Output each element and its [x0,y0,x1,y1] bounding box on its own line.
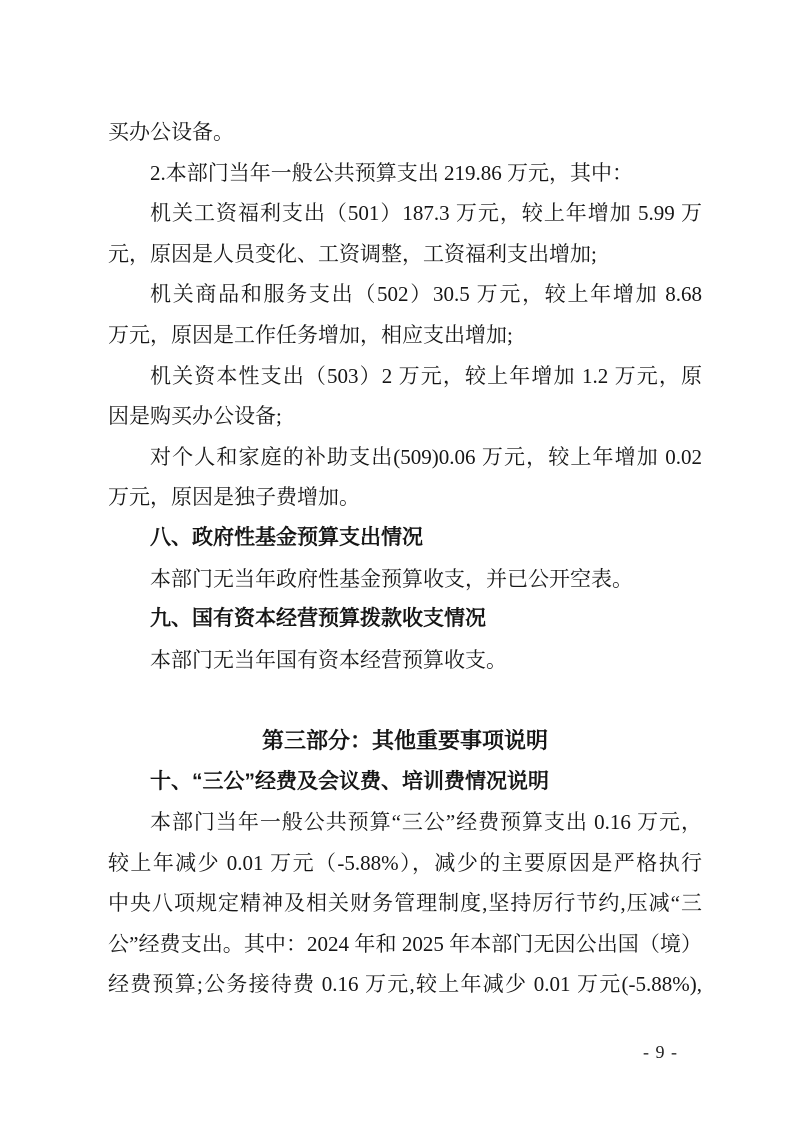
body-text-line: 机关商品和服务支出（502）30.5 万元，较上年增加 8.68 [108,274,702,315]
document-page: 买办公设备。2.本部门当年一般公共预算支出 219.86 万元，其中：机关工资福… [0,0,793,1122]
body-text-line: 机关资本性支出（503）2 万元，较上年增加 1.2 万元，原 [108,356,702,397]
blank-line [108,680,702,721]
body-text-line: 经费预算;公务接待费 0.16 万元,较上年减少 0.01 万元(-5.88%)… [108,964,702,1005]
body-text-line: 较上年减少 0.01 万元（-5.88%），减少的主要原因是严格执行 [108,843,702,884]
body-text-line: 2.本部门当年一般公共预算支出 219.86 万元，其中： [108,153,702,194]
footer-page-number: - 9 - [643,1040,678,1064]
body-text-line: 本部门无当年政府性基金预算收支，并已公开空表。 [108,559,702,600]
body-text-line: 万元，原因是独子费增加。 [108,477,702,518]
section-heading: 八、政府性基金预算支出情况 [108,518,702,559]
body-text-line: 元，原因是人员变化、工资调整，工资福利支出增加; [108,234,702,275]
body-text-line: 万元，原因是工作任务增加，相应支出增加; [108,315,702,356]
body-text-line: 本部门当年一般公共预算“三公”经费预算支出 0.16 万元， [108,802,702,843]
body-text-line: 对个人和家庭的补助支出(509)0.06 万元，较上年增加 0.02 [108,437,702,478]
body-text-line: 公”经费支出。其中：2024 年和 2025 年本部门无因公出国（境） [108,924,702,965]
section-heading: 十、“三公”经费及会议费、培训费情况说明 [108,762,702,803]
document-content: 买办公设备。2.本部门当年一般公共预算支出 219.86 万元，其中：机关工资福… [108,112,702,1005]
body-text-line: 中央八项规定精神及相关财务管理制度,坚持厉行节约,压减“三 [108,883,702,924]
body-text-line: 机关工资福利支出（501）187.3 万元，较上年增加 5.99 万 [108,193,702,234]
body-text-line: 买办公设备。 [108,112,702,153]
part-title: 第三部分：其他重要事项说明 [108,721,702,762]
section-heading: 九、国有资本经营预算拨款收支情况 [108,599,702,640]
body-text-line: 本部门无当年国有资本经营预算收支。 [108,640,702,681]
body-text-line: 因是购买办公设备; [108,396,702,437]
